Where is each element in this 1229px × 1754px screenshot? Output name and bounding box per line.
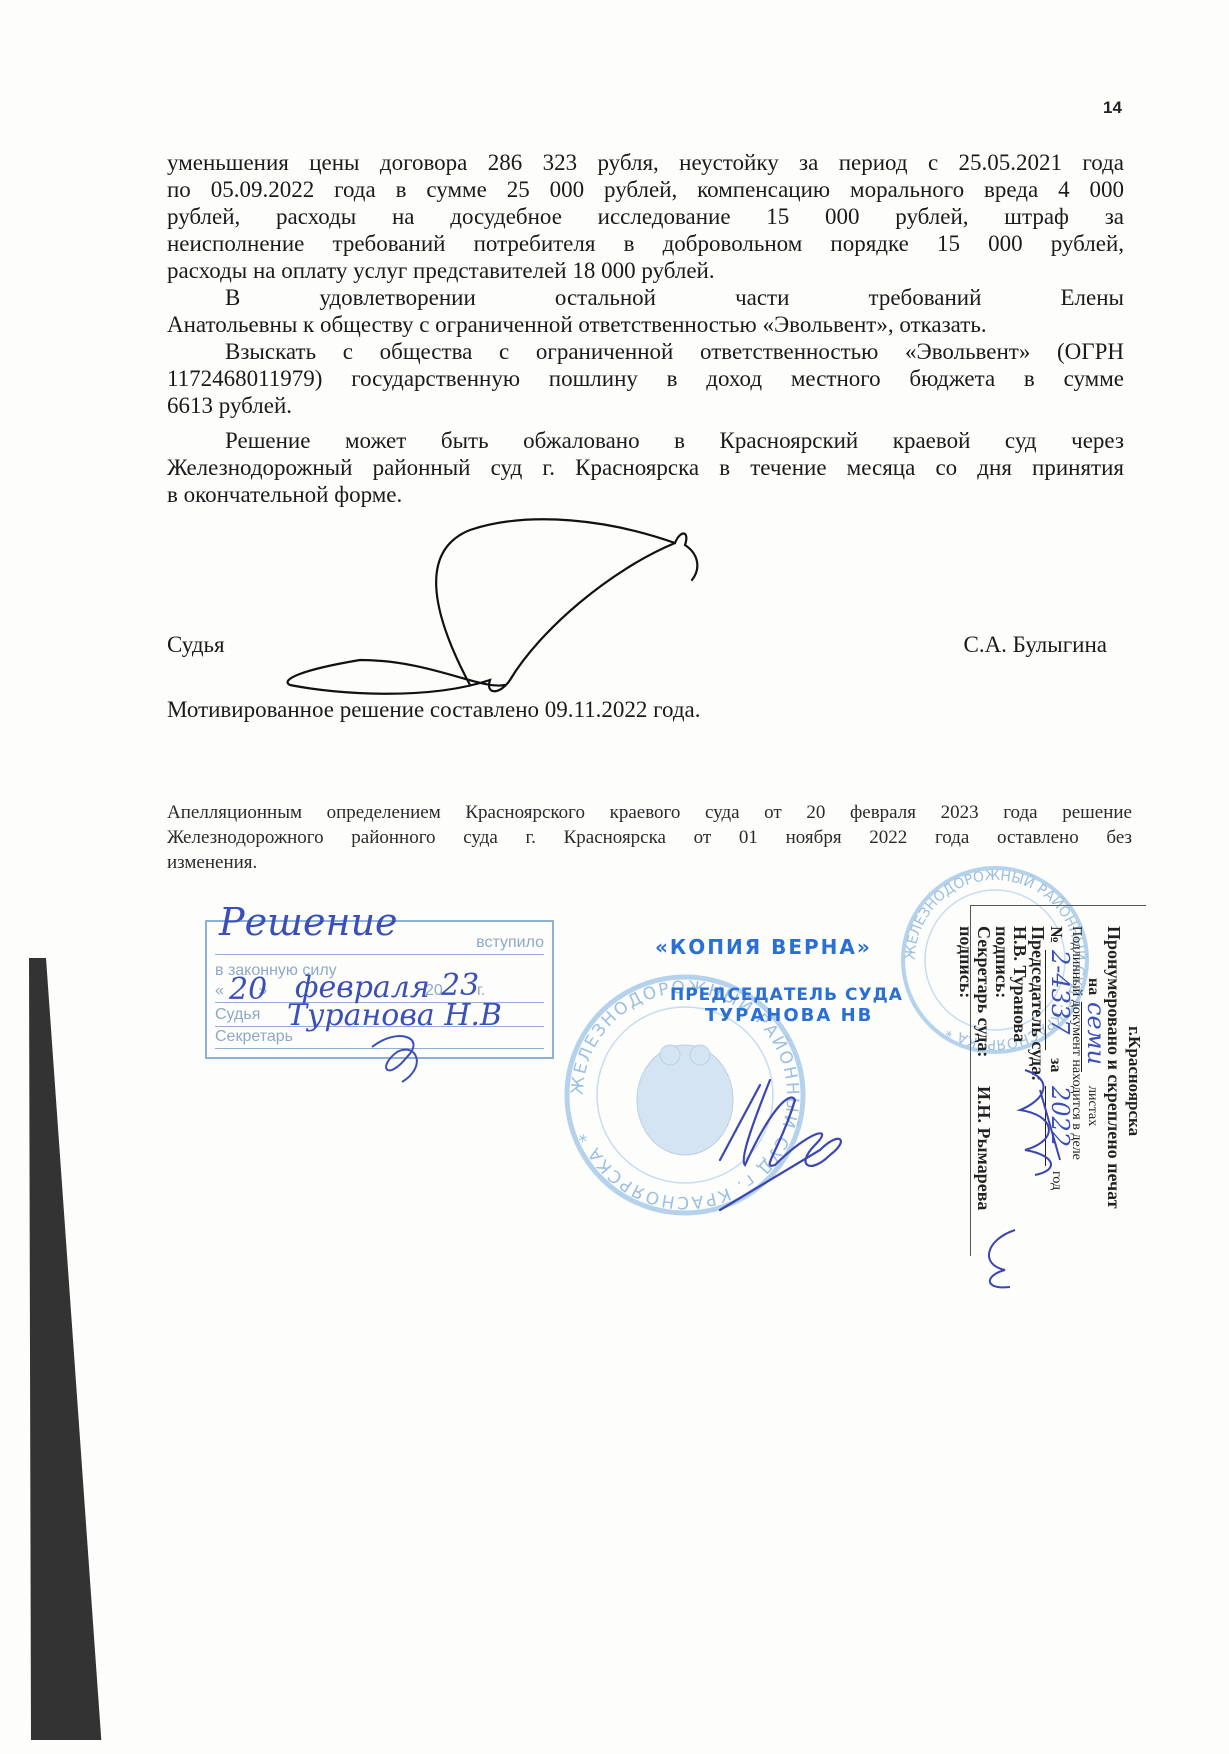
page-number: 14: [1103, 98, 1122, 118]
judge-signature: [280, 510, 730, 700]
chairman-role: ПРЕДСЕДАТЕЛЬ СУДА: [670, 985, 903, 1005]
motivated-decision-date: Мотивированное решение составлено 09.11.…: [167, 697, 701, 723]
paragraph-state-duty: Взыскать с общества с ограниченной ответ…: [167, 338, 1124, 419]
paragraph-awarded-amounts: уменьшения цены договора 286 323 рубля, …: [167, 149, 1124, 284]
judge-label: Судья: [167, 632, 225, 658]
judge-name: С.А. Булыгина: [963, 632, 1107, 658]
handwritten-subject: Решение: [219, 900, 398, 944]
scan-edge-shadow: [0, 0, 120, 1754]
certified-copy-title: «КОПИЯ ВЕРНА»: [655, 935, 903, 959]
decision-body: уменьшения цены договора 286 323 рубля, …: [167, 149, 1124, 508]
paragraph-appeal-rights: Решение может быть обжаловано в Краснояр…: [167, 427, 1124, 508]
chairman-binding-signature: [1005, 1060, 1075, 1180]
chairman-signature: [700, 1070, 870, 1220]
secretary-signature: [367, 1027, 437, 1087]
paragraph-denied-claims: В удовлетворении остальной части требова…: [167, 284, 1124, 338]
legal-force-stamp: вступило в законную силу « » 20 г. Судья…: [205, 920, 554, 1059]
judge-signature-row: Судья С.А. Булыгина: [167, 632, 1107, 658]
certified-copy-stamp: «КОПИЯ ВЕРНА» ПРЕДСЕДАТЕЛЬ СУДА ТУРАНОВА…: [655, 935, 903, 1026]
chairman-name: ТУРАНОВА НВ: [705, 1005, 903, 1026]
handwritten-day: 20: [229, 972, 267, 1007]
secretary-binding-signature: [975, 1225, 1025, 1295]
